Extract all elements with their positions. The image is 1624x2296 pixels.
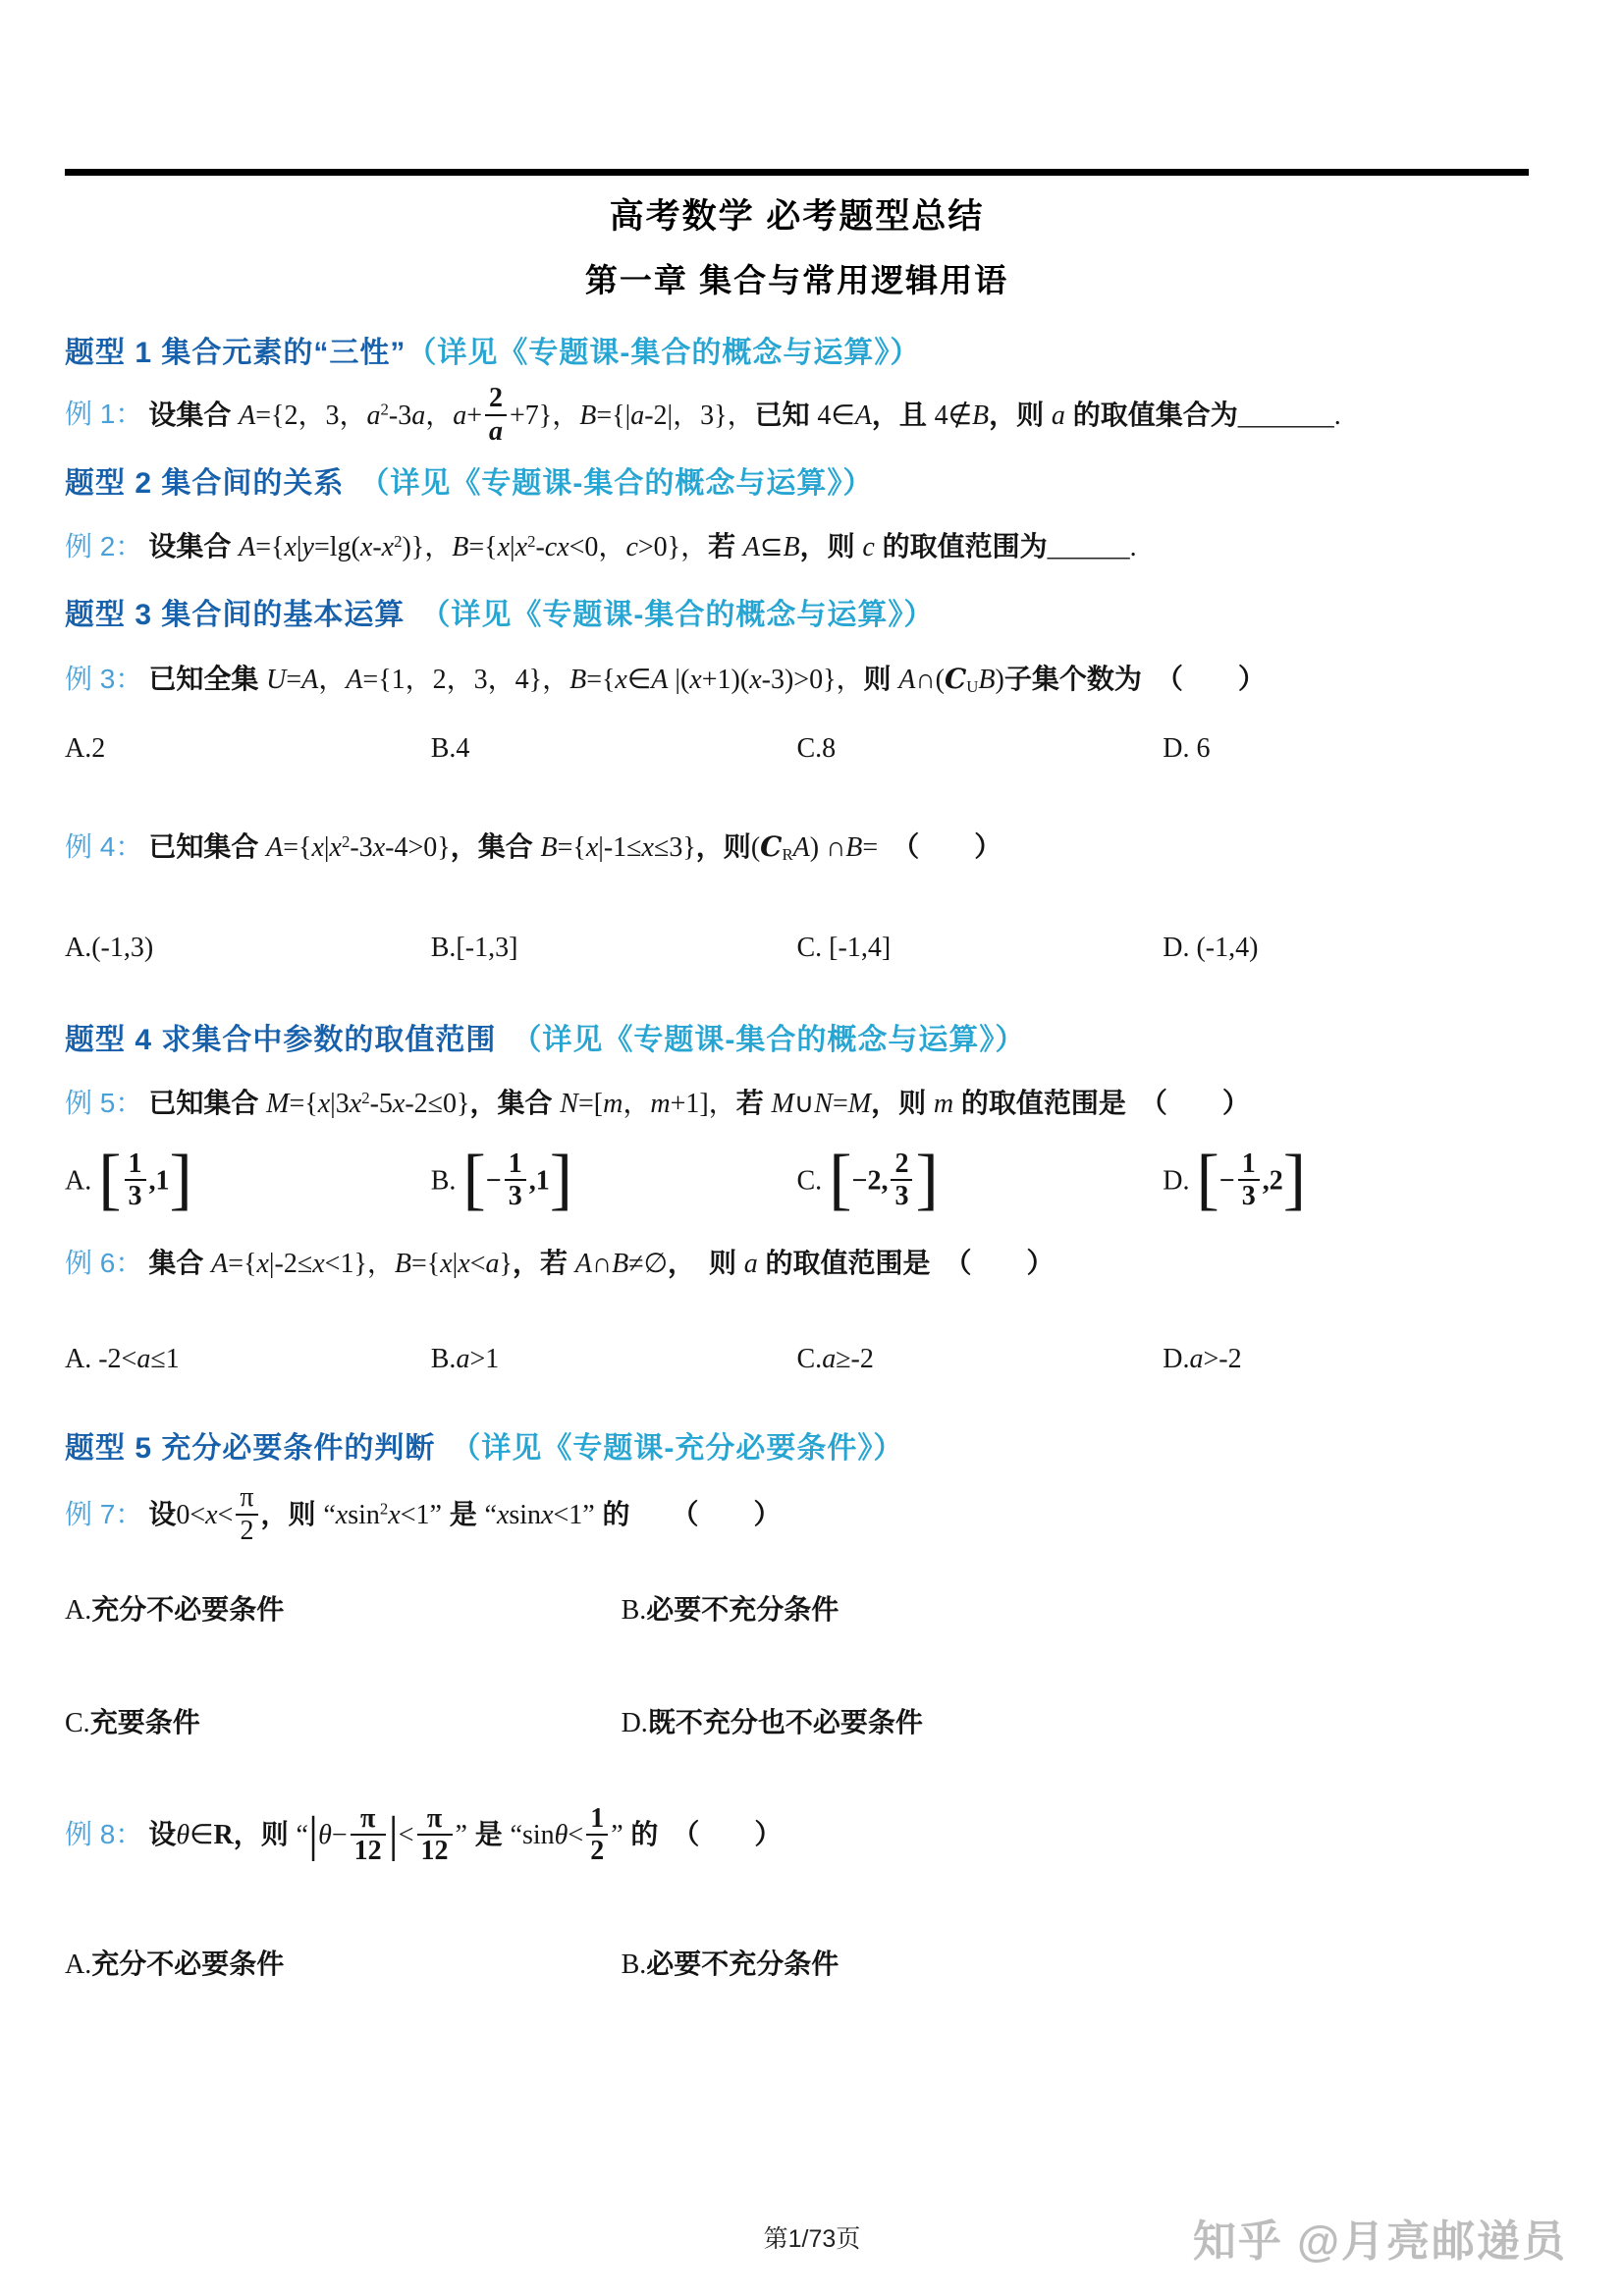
- example-1: 例 1：设集合 A={2，3，a2-3a，a+2a+7}，B={|a-2|，3}…: [65, 386, 1529, 450]
- math-text: =lg(: [314, 532, 360, 562]
- section-heading-label: 题型 5 充分必要条件的判断: [65, 1432, 435, 1465]
- example-label: 例 7：: [65, 1499, 142, 1529]
- options-ex6-option-B: B.a>1: [431, 1341, 797, 1378]
- fraction-denominator: 3: [891, 1181, 912, 1211]
- math-variable: A: [575, 1249, 592, 1279]
- fraction-denominator: a: [485, 416, 507, 447]
- math-text: D. 6: [1163, 733, 1210, 764]
- math-text: ={: [411, 1249, 440, 1279]
- math-text: <1}，: [325, 1249, 395, 1279]
- math-text: ={: [558, 832, 586, 863]
- math-text: ______.: [1048, 532, 1137, 562]
- options-ex5-option-D: D. [−13,2]: [1163, 1148, 1529, 1217]
- math-text: (: [751, 832, 760, 863]
- options-ex3-option-C: C.8: [797, 730, 1164, 768]
- page-title: 高考数学 必考题型总结: [65, 195, 1529, 239]
- fraction-denominator: 3: [1238, 1181, 1260, 1211]
- options-ex7-ab-option-A: A.充分不必要条件: [65, 1591, 622, 1629]
- math-text: }: [500, 1249, 513, 1279]
- options-ex6-option-C: C.a≥-2: [797, 1341, 1164, 1378]
- cjk-text: 若: [736, 1088, 772, 1118]
- superscript: 2: [361, 1089, 369, 1107]
- cjk-text: 已知: [755, 399, 818, 429]
- math-variable: A: [855, 400, 872, 430]
- math-variable: a: [136, 1344, 150, 1374]
- cjk-text: 设集合: [148, 399, 239, 429]
- math-text: sin: [348, 1500, 380, 1530]
- options-ex4-option-C: C. [-1,4]: [797, 930, 1164, 967]
- example-label: 例 2：: [65, 531, 142, 561]
- math-variable: a: [1052, 400, 1065, 430]
- math-bold: ,1: [529, 1165, 550, 1196]
- options-ex7-cd-option-B: D.既不充分也不必要条件: [622, 1704, 1529, 1742]
- math-text: ={|: [596, 400, 630, 430]
- fraction-numerator: 1: [125, 1148, 146, 1181]
- cjk-text: ，则: [696, 831, 751, 862]
- math-text: -5: [370, 1089, 393, 1119]
- math-text: C.8: [797, 733, 837, 764]
- math-variable: x: [388, 1500, 400, 1530]
- options-ex4-option-A: A.(-1,3): [65, 930, 431, 967]
- math-variable: A: [239, 532, 255, 562]
- cjk-text: 是: [442, 1499, 485, 1529]
- big-delimiter: [: [462, 1142, 485, 1217]
- cjk-text: 集合: [148, 1248, 211, 1278]
- math-variable: y: [302, 532, 314, 562]
- math-text: ∩(: [915, 665, 945, 695]
- math-variable: N: [814, 1089, 833, 1119]
- cjk-text: ，则: [989, 399, 1052, 429]
- cjk-text: ，且: [872, 399, 935, 429]
- cjk-text: 的 （ ）: [595, 1499, 782, 1529]
- fraction-denominator: 2: [586, 1836, 608, 1866]
- cjk-text: 的取值范围是 （ ）: [758, 1248, 1055, 1278]
- math-variable: B: [978, 665, 995, 695]
- fraction-numerator: 1: [505, 1148, 526, 1181]
- math-variable: U: [266, 665, 286, 695]
- math-text: D.: [1163, 1344, 1189, 1374]
- options-ex4-option-D: D. (-1,4): [1163, 930, 1529, 967]
- cjk-text: ，若: [513, 1248, 575, 1278]
- math-text: C.: [797, 1344, 823, 1374]
- section-heading-ref: （详见《专题课-集合的概念与运算》）: [512, 1024, 1025, 1056]
- example-4: 例 4：已知集合 A={x|x2-3x-4>0}，集合 B={x|-1≤x≤3}…: [65, 828, 1529, 867]
- section-heading-ref: （详见《专题课-集合的概念与运算》）: [420, 599, 934, 631]
- math-variable: B: [845, 832, 862, 863]
- math-text: ={: [468, 532, 497, 562]
- complement-symbol: C: [760, 830, 782, 863]
- example-2: 例 2：设集合 A={x|y=lg(x-x2)}，B={x|x2-cx<0，c>…: [65, 528, 1529, 566]
- math-text: D.: [1163, 1165, 1196, 1196]
- math-text: C.: [797, 1165, 830, 1196]
- cjk-text: ，则: [261, 1499, 324, 1529]
- options-ex7-ab-option-B: B.必要不充分条件: [622, 1591, 1529, 1629]
- math-text: ={: [228, 1249, 256, 1279]
- math-variable: θ: [176, 1820, 189, 1850]
- math-text: A.: [65, 1165, 98, 1196]
- math-text: ∪: [794, 1089, 815, 1119]
- math-variable: x: [498, 532, 510, 562]
- example-7: 例 7：设0<x<π2，则 “xsin2x<1” 是 “xsinx<1” 的 （…: [65, 1485, 1529, 1549]
- heading-2: 题型 2 集合间的关系（详见《专题课-集合的概念与运算》）: [65, 464, 1529, 505]
- subscript: R: [782, 845, 792, 864]
- fraction: 13: [1238, 1148, 1260, 1212]
- math-variable: x: [373, 832, 385, 863]
- math-text: A. -2<: [65, 1344, 136, 1374]
- math-text: “: [323, 1500, 335, 1530]
- math-text: ={1，2，3，4}，: [362, 665, 569, 695]
- document-page: 高考数学 必考题型总结 第一章 集合与常用逻辑用语 题型 1 集合元素的“三性”…: [0, 0, 1624, 2296]
- math-variable: x: [318, 1089, 330, 1119]
- subscript: U: [966, 677, 978, 696]
- math-text: |(: [668, 665, 689, 695]
- cjk-text: 充分不必要条件: [91, 1949, 284, 1979]
- fraction: 2a: [485, 383, 507, 447]
- math-text: D.: [622, 1708, 648, 1738]
- math-text: A.(-1,3): [65, 933, 153, 963]
- math-text: +7}，: [510, 400, 579, 430]
- options-ex3-option-D: D. 6: [1163, 730, 1529, 768]
- math-variable: B: [452, 532, 468, 562]
- math-text: +1)(: [702, 665, 749, 695]
- math-variable: a: [1189, 1344, 1203, 1374]
- options-ex8-ab: A.充分不必要条件B.必要不充分条件: [65, 1946, 1529, 1984]
- options-ex7-cd-option-A: C.充要条件: [65, 1704, 622, 1742]
- math-text: ≠∅: [628, 1249, 668, 1279]
- section-heading-label: 题型 3 集合间的基本运算: [65, 599, 405, 631]
- math-text: ，: [318, 665, 346, 695]
- math-variable: a: [456, 1344, 469, 1374]
- cjk-text: 的取值集合为: [1065, 399, 1238, 429]
- section-heading-ref: （详见《专题课-充分必要条件》）: [451, 1432, 903, 1465]
- math-text: A.2: [65, 733, 105, 764]
- math-variable: x: [350, 1089, 361, 1119]
- math-bold: −: [1219, 1165, 1235, 1196]
- section-heading-ref: （详见《专题课-集合的概念与运算》）: [359, 467, 873, 500]
- math-text: ): [995, 665, 1003, 695]
- options-ex6: A. -2<a≤1B.a>1C.a≥-2D.a>-2: [65, 1341, 1529, 1378]
- cjk-text: 则: [864, 664, 899, 694]
- math-text: >0}，: [638, 532, 708, 562]
- cjk-text: 的 （ ）: [623, 1819, 783, 1849]
- fraction-numerator: 1: [1238, 1148, 1260, 1181]
- fraction-numerator: 2: [891, 1148, 912, 1181]
- math-text: 4∈: [817, 400, 854, 430]
- math-text: -2≤0}: [405, 1089, 469, 1119]
- math-text: ，: [623, 1089, 650, 1119]
- math-variable: A: [793, 832, 810, 863]
- example-8: 例 8：设θ∈R，则 “|θ−π12|<π12” 是 “sinθ<12” 的 （…: [65, 1805, 1529, 1869]
- fraction: 12: [586, 1803, 608, 1867]
- math-variable: x: [330, 832, 342, 863]
- heading-3: 题型 3 集合间的基本运算（详见《专题课-集合的概念与运算》）: [65, 596, 1529, 636]
- math-text: <1”: [554, 1500, 595, 1530]
- math-text: |-2≤: [269, 1249, 312, 1279]
- math-variable: B: [540, 832, 557, 863]
- options-ex6-option-D: D.a>-2: [1163, 1341, 1529, 1378]
- heading-5: 题型 5 充分必要条件的判断（详见《专题课-充分必要条件》）: [65, 1429, 1529, 1469]
- math-variable: θ: [318, 1820, 332, 1850]
- math-variable: x: [689, 665, 701, 695]
- cjk-text: 必要不充分条件: [646, 1949, 839, 1979]
- math-bold: −: [486, 1165, 502, 1196]
- math-text: +1]，: [671, 1089, 736, 1119]
- math-variable: A: [211, 1249, 228, 1279]
- math-variable: a: [453, 400, 466, 430]
- math-text: ≤1: [150, 1344, 179, 1374]
- math-text: 4∉: [935, 400, 972, 430]
- math-variable: m: [603, 1089, 623, 1119]
- fraction-denominator: 12: [417, 1836, 453, 1866]
- math-variable: x: [336, 1500, 348, 1530]
- math-variable: x: [256, 1249, 268, 1279]
- math-variable: θ: [555, 1820, 568, 1850]
- big-delimiter: ]: [170, 1142, 192, 1217]
- math-text: -3: [350, 832, 372, 863]
- math-text: ={: [289, 1089, 317, 1119]
- options-ex5-option-B: B. [−13,1]: [431, 1148, 797, 1217]
- example-label: 例 3：: [65, 664, 142, 694]
- section-heading-ref: （详见《专题课-集合的概念与运算》）: [421, 337, 920, 369]
- fraction: π2: [236, 1482, 257, 1546]
- example-label: 例 1：: [65, 399, 142, 429]
- cjk-text: 已知集合: [148, 831, 266, 862]
- math-text: |3: [330, 1089, 350, 1119]
- math-text: <: [218, 1500, 234, 1530]
- math-text: -4>0}: [385, 832, 451, 863]
- math-text: =: [833, 1089, 848, 1119]
- math-text: C. [-1,4]: [797, 933, 892, 963]
- math-variable: A: [743, 532, 760, 562]
- math-text: ∈: [627, 665, 651, 695]
- options-ex4: A.(-1,3)B.[-1,3]C. [-1,4]D. (-1,4): [65, 930, 1529, 967]
- example-5: 例 5：已知集合 M={x|3x2-5x-2≤0}，集合 N=[m，m+1]，若…: [65, 1085, 1529, 1123]
- example-label: 例 6：: [65, 1248, 142, 1278]
- math-variable: B: [612, 1249, 628, 1279]
- complement-symbol: C: [945, 663, 966, 695]
- fraction: π12: [351, 1803, 386, 1867]
- example-label: 例 5：: [65, 1088, 142, 1118]
- math-variable: x: [497, 1500, 509, 1530]
- big-delimiter: [: [1196, 1142, 1218, 1217]
- math-variable: A: [346, 665, 362, 695]
- cjk-text: 既不充分也不必要条件: [648, 1707, 923, 1737]
- cjk-text: 是: [467, 1819, 511, 1849]
- cjk-text: 已知全集: [148, 664, 266, 694]
- math-variable: x: [615, 665, 626, 695]
- math-text: “: [485, 1500, 497, 1530]
- math-text: sin: [509, 1500, 541, 1530]
- math-variable: A: [266, 832, 283, 863]
- big-delimiter: ]: [915, 1142, 938, 1217]
- fraction-denominator: 2: [236, 1516, 257, 1546]
- cjk-text: 必要不充分条件: [646, 1594, 839, 1625]
- options-ex4-option-B: B.[-1,3]: [431, 930, 797, 967]
- math-text: ”: [456, 1820, 467, 1850]
- big-delimiter: [: [829, 1142, 851, 1217]
- math-variable: a: [630, 400, 644, 430]
- math-text: ={: [255, 532, 284, 562]
- math-text: sin: [522, 1820, 555, 1850]
- math-text: ) ∩: [810, 832, 846, 863]
- math-variable: x: [205, 1500, 217, 1530]
- math-text: =[: [578, 1089, 603, 1119]
- math-text: ≥-2: [836, 1344, 874, 1374]
- math-text: _______.: [1238, 400, 1341, 430]
- math-text: ⊆: [760, 532, 783, 562]
- math-variable: cx: [545, 532, 569, 562]
- math-text: B.: [431, 1344, 457, 1374]
- math-variable: B: [569, 665, 586, 695]
- example-6: 例 6：集合 A={x|-2≤x<1}，B={x|x<a}，若 A∩B≠∅， 则…: [65, 1245, 1529, 1283]
- math-variable: a: [411, 400, 425, 430]
- math-variable: x: [360, 532, 372, 562]
- math-text: 0<: [176, 1500, 205, 1530]
- section-heading-label: 题型 4 求集合中参数的取值范围: [65, 1024, 496, 1056]
- math-variable: x: [642, 832, 654, 863]
- math-variable: x: [393, 1089, 405, 1119]
- math-text: D. (-1,4): [1163, 933, 1258, 963]
- math-variable: A: [239, 400, 255, 430]
- example-3: 例 3：已知全集 U=A，A={1，2，3，4}，B={x∈A |(x+1)(x…: [65, 661, 1529, 699]
- big-delimiter: |: [308, 1806, 318, 1861]
- superscript: 2: [380, 400, 388, 418]
- math-text: A.: [65, 1595, 91, 1626]
- math-variable: B: [783, 532, 799, 562]
- math-bold: ,2: [1263, 1165, 1283, 1196]
- math-text: ={2，3，: [255, 400, 366, 430]
- math-text: ={: [586, 665, 615, 695]
- math-text: C.: [65, 1708, 90, 1738]
- fraction-numerator: 2: [485, 383, 507, 415]
- chapter-title: 第一章 集合与常用逻辑用语: [65, 260, 1529, 300]
- math-variable: A: [898, 665, 915, 695]
- math-text: B.: [622, 1595, 647, 1626]
- heading-1: 题型 1 集合元素的“三性”（详见《专题课-集合的概念与运算》）: [65, 334, 1529, 374]
- math-variable: x: [749, 665, 761, 695]
- math-variable: x: [312, 1249, 324, 1279]
- math-bold: −2,: [852, 1165, 889, 1196]
- cjk-text: 若: [708, 531, 743, 561]
- math-text: B.: [431, 1165, 463, 1196]
- fraction-numerator: π: [417, 1803, 453, 1836]
- math-variable: x: [382, 532, 394, 562]
- fraction: π12: [417, 1803, 453, 1867]
- math-text: <: [470, 1249, 486, 1279]
- options-ex5-option-C: C. [−2,23]: [797, 1148, 1164, 1217]
- options-ex3-option-A: A.2: [65, 730, 431, 768]
- options-ex5: A. [13,1]B. [−13,1]C. [−2,23]D. [−13,2]: [65, 1148, 1529, 1217]
- options-ex3: A.2B.4C.8D. 6: [65, 730, 1529, 768]
- fraction-numerator: π: [351, 1803, 386, 1836]
- math-text: ≤3}: [654, 832, 696, 863]
- math-variable: x: [515, 532, 527, 562]
- options-ex6-option-A: A. -2<a≤1: [65, 1341, 431, 1378]
- math-variable: c: [862, 532, 874, 562]
- fraction-numerator: π: [236, 1482, 257, 1515]
- options-ex5-option-A: A. [13,1]: [65, 1148, 431, 1217]
- math-variable: m: [934, 1089, 953, 1119]
- math-variable: x: [586, 832, 598, 863]
- math-variable: x: [311, 832, 323, 863]
- math-bold: ,1: [149, 1165, 170, 1196]
- fraction: 13: [125, 1148, 146, 1212]
- big-delimiter: [: [98, 1142, 121, 1217]
- math-text: -: [372, 532, 381, 562]
- math-text: +: [466, 400, 482, 430]
- fraction-denominator: 12: [351, 1836, 386, 1866]
- cjk-text: 的取值范围为: [875, 531, 1048, 561]
- options-ex8-ab-option-B: B.必要不充分条件: [622, 1946, 1529, 1984]
- math-text: <1”: [401, 1500, 442, 1530]
- cjk-text: 设集合: [148, 531, 239, 561]
- math-text: A.: [65, 1949, 91, 1980]
- math-text: ，: [425, 400, 453, 430]
- cjk-text: 设: [148, 1819, 176, 1849]
- options-ex8-ab-option-A: A.充分不必要条件: [65, 1946, 622, 1984]
- cjk-text: 的取值范围是 （ ）: [953, 1088, 1250, 1118]
- math-variable: A: [301, 665, 318, 695]
- cjk-text: ，则: [800, 531, 863, 561]
- big-delimiter: ]: [1283, 1142, 1306, 1217]
- math-text: −: [332, 1820, 348, 1850]
- options-ex7-cd: C.充要条件D.既不充分也不必要条件: [65, 1704, 1529, 1742]
- fraction: 23: [891, 1148, 912, 1212]
- math-text: <: [399, 1820, 414, 1850]
- math-variable: x: [440, 1249, 452, 1279]
- math-text: -2|，3}，: [644, 400, 754, 430]
- math-text: ∩: [592, 1249, 612, 1279]
- cjk-text: ，则: [234, 1819, 297, 1849]
- math-text: B.: [622, 1949, 647, 1980]
- math-variable: A: [651, 665, 668, 695]
- math-variable: B: [579, 400, 596, 430]
- math-text: ∈: [189, 1820, 213, 1850]
- fraction-denominator: 3: [505, 1181, 526, 1211]
- math-text: >-2: [1203, 1344, 1241, 1374]
- top-rule: [65, 169, 1529, 176]
- math-text: >1: [469, 1344, 499, 1374]
- math-variable: a: [822, 1344, 836, 1374]
- math-text: B.4: [431, 733, 470, 764]
- math-text: =: [862, 832, 878, 863]
- math-variable: a: [366, 400, 380, 430]
- math-variable: x: [458, 1249, 469, 1279]
- heading-4: 题型 4 求集合中参数的取值范围（详见《专题课-集合的概念与运算》）: [65, 1021, 1529, 1061]
- example-label: 例 8：: [65, 1819, 142, 1849]
- example-label: 例 4：: [65, 831, 142, 862]
- cjk-text: ， 则: [668, 1248, 744, 1278]
- math-variable: m: [650, 1089, 670, 1119]
- math-text: “: [297, 1820, 308, 1850]
- options-ex7-ab: A.充分不必要条件B.必要不充分条件: [65, 1591, 1529, 1629]
- fraction: 13: [505, 1148, 526, 1212]
- math-text: -3)>0}，: [762, 665, 864, 695]
- section-heading-label: 题型 1 集合元素的“三性”: [65, 337, 406, 369]
- big-delimiter: ]: [550, 1142, 572, 1217]
- math-variable: x: [541, 1500, 553, 1530]
- math-variable: a: [486, 1249, 500, 1279]
- watermark: 知乎 @月亮邮递员: [1193, 2206, 1567, 2269]
- math-text: <0，: [569, 532, 626, 562]
- cjk-text: 已知集合: [148, 1088, 266, 1118]
- math-text: -3: [389, 400, 411, 430]
- math-text: |-1≤: [598, 832, 641, 863]
- cjk-text: 子集个数为 （ ）: [1004, 664, 1266, 694]
- math-variable: a: [744, 1249, 758, 1279]
- math-variable: M: [771, 1089, 793, 1119]
- cjk-text: ，集合: [469, 1088, 560, 1118]
